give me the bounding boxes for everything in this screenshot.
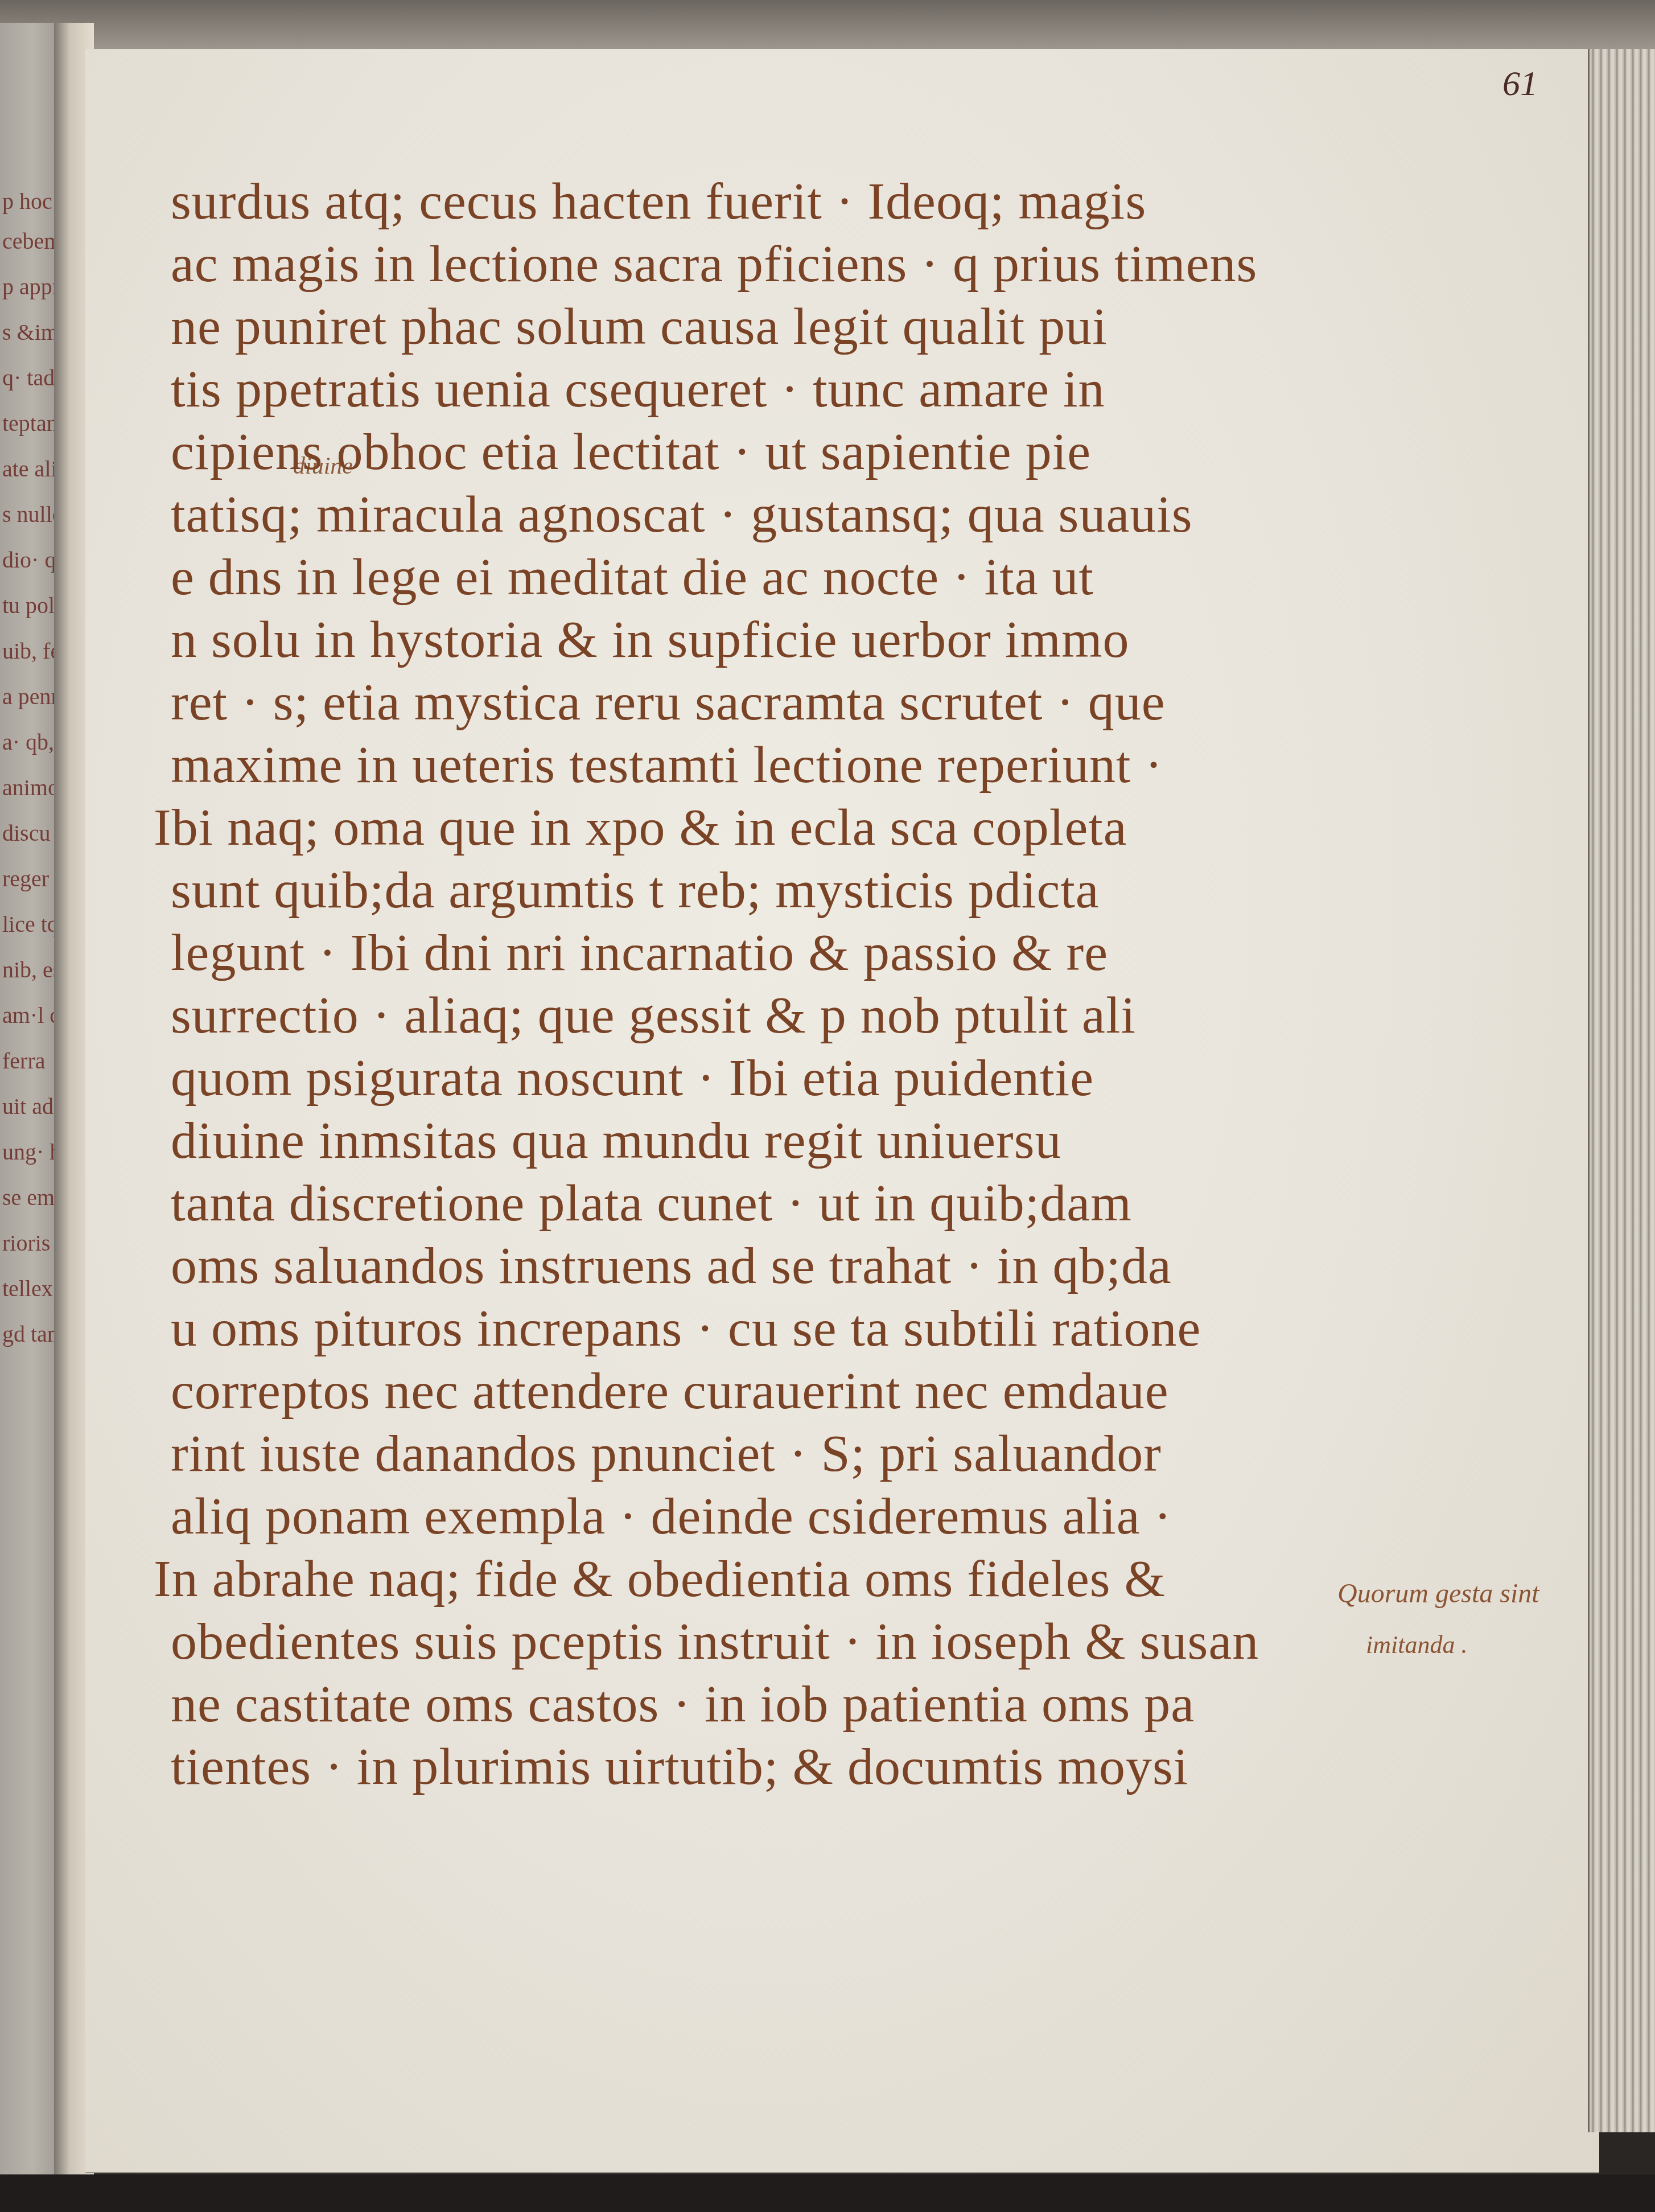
left-fragment: tellex <box>2 1275 54 1302</box>
left-fragment: am·l qu <box>2 1002 54 1029</box>
left-fragment: a penn <box>2 683 54 710</box>
text-line: obedientes suis pceptis instruit · in io… <box>171 1611 1259 1671</box>
left-fragment: lice tq <box>2 911 54 938</box>
text-line: quom psigurata noscunt · Ibi etia puiden… <box>171 1047 1094 1108</box>
left-fragment: uit ad <box>2 1093 54 1120</box>
text-line: diuine inmsitas qua mundu regit uniuersu <box>171 1110 1061 1170</box>
background-bottom <box>0 2174 1655 2212</box>
left-fragment: discu <box>2 820 54 846</box>
text-line: tis ppetratis uenia csequeret · tunc ama… <box>171 359 1105 419</box>
page-edges <box>1588 49 1655 2132</box>
left-fragment: ferra <box>2 1047 54 1074</box>
text-line: tatisq; miracula agnoscat · gustansq; qu… <box>171 484 1193 544</box>
left-fragment: cebemus <box>2 228 54 254</box>
text-line: correptos nec attendere curauerint nec e… <box>171 1360 1169 1421</box>
left-fragment: p hoc <box>2 188 54 215</box>
text-line: aliq ponam exempla · deinde csideremus a… <box>171 1486 1172 1546</box>
left-fragment: a· qb, q <box>2 729 54 755</box>
text-line: maxime in ueteris testamti lectione repe… <box>171 734 1163 795</box>
text-line: tanta discretione plata cunet · ut in qu… <box>171 1173 1132 1233</box>
text-line: e dns in lege ei meditat die ac nocte · … <box>171 546 1094 607</box>
left-fragment: nib, est <box>2 956 54 983</box>
text-line: surrectio · aliaq; que gessit & p nob pt… <box>171 985 1136 1045</box>
left-fragment: gd tam <box>2 1321 54 1347</box>
left-fragment: teptan <box>2 410 54 437</box>
left-fragment: uib, fer <box>2 638 54 664</box>
text-line: n solu in hystoria & in supficie uerbor … <box>171 609 1129 669</box>
left-fragment: tu pol <box>2 592 54 619</box>
left-fragment: rioris <box>2 1230 54 1256</box>
text-line: In abrahe naq; fide & obedientia oms fid… <box>154 1548 1166 1609</box>
text-line: ne castitate oms castos · in iob patient… <box>171 1674 1195 1734</box>
left-fragment: reger <box>2 865 54 892</box>
text-line: sunt quib;da argumtis t reb; mysticis pd… <box>171 860 1100 920</box>
facing-page-left: p hoc cebemus p appr s &im q· tadiu tept… <box>0 23 54 2180</box>
left-fragment: s &im <box>2 319 54 346</box>
left-fragment: q· tadiu <box>2 364 54 391</box>
left-fragment: dio· qu <box>2 546 54 573</box>
text-line: u oms pituros increpans · cu se ta subti… <box>171 1298 1201 1358</box>
text-line: Ibi naq; oma que in xpo & in ecla sca co… <box>154 797 1127 857</box>
text-line: oms saluandos instruens ad se trahat · i… <box>171 1235 1172 1296</box>
text-line: ne puniret phac solum causa legit qualit… <box>171 296 1108 356</box>
left-fragment: se emd <box>2 1184 54 1211</box>
left-fragment: animo <box>2 774 54 801</box>
text-line: tientes · in plurimis uirtutib; & documt… <box>171 1736 1188 1796</box>
left-fragment: ung· he <box>2 1138 54 1165</box>
text-line: ret · s; etia mystica reru sacramta scru… <box>171 672 1166 732</box>
text-line: surdus atq; cecus hacten fuerit · Ideoq;… <box>171 171 1146 231</box>
margin-note-line: imitanda . <box>1337 1619 1565 1671</box>
margin-note-line: Quorum gesta sint <box>1337 1568 1565 1619</box>
text-line: cipiens obhoc etia lectitat · ut sapient… <box>171 421 1091 482</box>
text-line: ac magis in lectione sacra pficiens · q … <box>171 233 1257 294</box>
left-fragment: p appr <box>2 273 54 300</box>
margin-note: Quorum gesta sint imitanda . <box>1337 1568 1565 1671</box>
text-line: legunt · Ibi dni nri incarnatio & passio… <box>171 922 1108 982</box>
left-fragment: s nullo <box>2 501 54 528</box>
left-fragment: ate alig <box>2 455 54 482</box>
book-cover-top <box>0 0 1655 51</box>
folio-number: 61 <box>1502 64 1538 104</box>
text-line: rint iuste danandos pnunciet · S; pri sa… <box>171 1423 1162 1483</box>
